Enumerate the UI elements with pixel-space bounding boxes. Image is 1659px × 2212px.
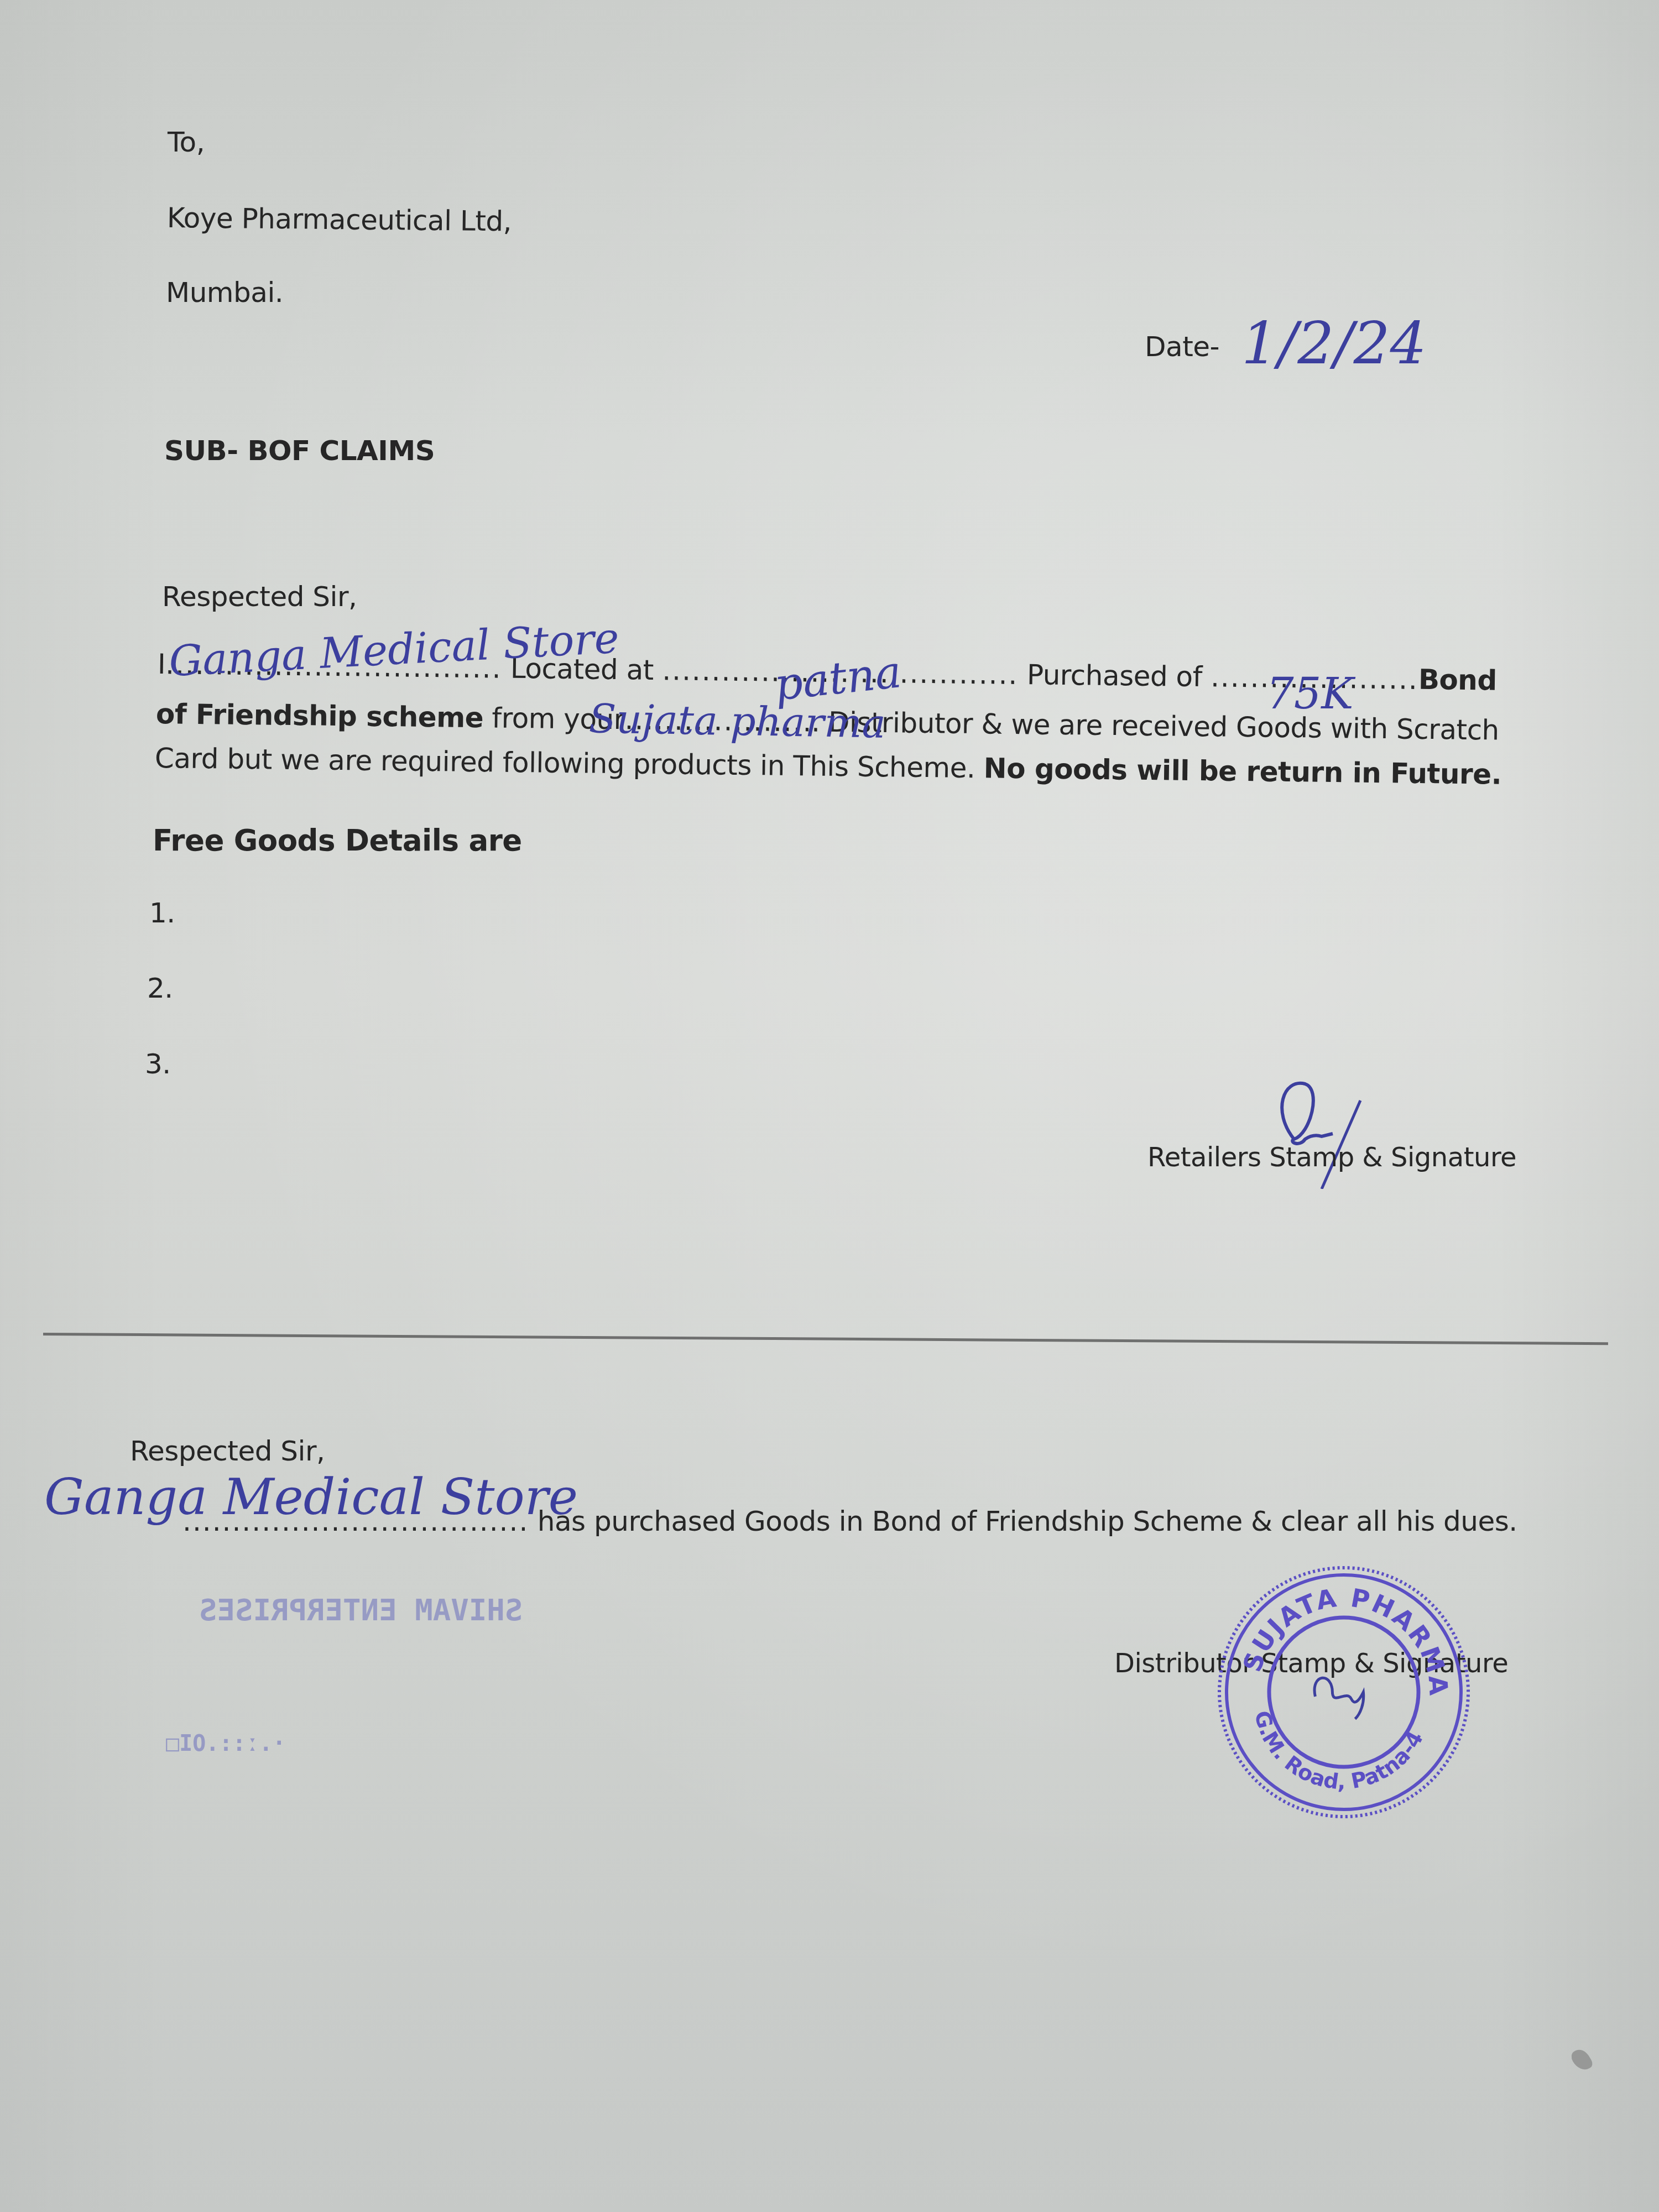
- recipient-salutation: To,: [168, 126, 205, 158]
- distributor-retailer-name-handwritten: Ganga Medical Store: [44, 1468, 578, 1526]
- claim-greeting: Respected Sir,: [162, 581, 357, 613]
- distributor-round-stamp: SUJATA PHARMA G.M. Road, Patna-4: [1197, 1546, 1491, 1839]
- recipient-city: Mumbai.: [166, 276, 283, 309]
- no-return-notice: No goods will be return in Future.: [983, 752, 1501, 790]
- distributor-greeting: Respected Sir,: [130, 1435, 325, 1467]
- claim-line-3: Card but we are required following produ…: [155, 742, 1502, 791]
- recipient-company: Koye Pharmaceutical Ltd,: [167, 202, 512, 238]
- free-goods-item-1: 1.: [149, 897, 175, 929]
- faded-stamp-mark: ·.ː::.ΟΙ□: [166, 1731, 286, 1756]
- retailer-signature-label: Retailers Stamp & Signature: [1147, 1142, 1516, 1173]
- claim-prefix: I: [158, 648, 166, 680]
- distributor-statement: has purchased Goods in Bond of Friendshi…: [538, 1505, 1517, 1537]
- free-goods-item-2: 2.: [147, 972, 173, 1004]
- purchased-label: Purchased of: [1027, 659, 1203, 693]
- line2-rest: .. Distributor & we are received Goods w…: [802, 706, 1499, 746]
- date-value: 1/2/24: [1241, 310, 1427, 377]
- distributor-name-handwritten: Sujata pharma: [588, 695, 886, 747]
- document-page: To, Koye Pharmaceutical Ltd, Mumbai. Dat…: [0, 0, 1659, 2212]
- faded-stamp-text: SHIVAM ENTERPRISES: [199, 1593, 523, 1627]
- free-goods-heading: Free Goods Details are: [153, 824, 522, 858]
- paper-blemish: [1569, 2046, 1594, 2074]
- section-divider: [43, 1333, 1608, 1345]
- line3-text: Card but we are required following produ…: [155, 742, 975, 784]
- scheme-text: of Friendship scheme: [156, 698, 484, 734]
- subject: SUB- BOF CLAIMS: [164, 435, 435, 467]
- bond-label: Bond: [1418, 664, 1498, 697]
- distributor-signature: [1311, 1677, 1366, 1719]
- free-goods-item-3: 3.: [145, 1048, 171, 1080]
- date-label: Date-: [1145, 331, 1219, 363]
